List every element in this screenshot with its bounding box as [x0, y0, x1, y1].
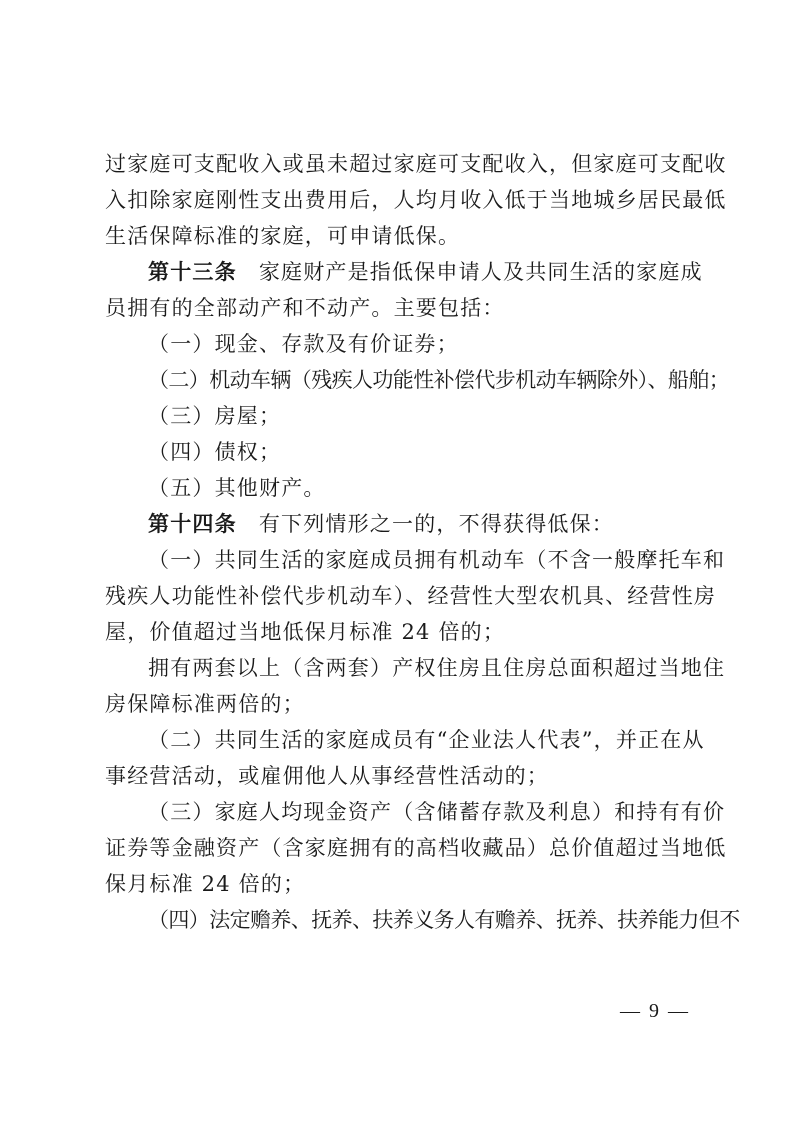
list-item: （二）机动车辆（残疾人功能性补偿代步机动车辆除外）、船舶； [105, 362, 693, 398]
list-item: （三）房屋； [105, 398, 693, 434]
list-item: （四）债权； [105, 434, 693, 470]
text-line: （一）共同生活的家庭成员拥有机动车（不含一般摩托车和 [105, 542, 693, 578]
text-line: 生活保障标准的家庭，可申请低保。 [105, 218, 693, 254]
article-13-first-line: 第十三条家庭财产是指低保申请人及共同生活的家庭成 [105, 254, 693, 290]
article-14-first-line: 第十四条有下列情形之一的，不得获得低保： [105, 506, 693, 542]
article-14-text: 有下列情形之一的，不得获得低保： [259, 512, 614, 536]
text-line: 拥有两套以上（含两套）产权住房且住房总面积超过当地住 [105, 650, 693, 686]
text-line: 事经营活动，或雇佣他人从事经营性活动的； [105, 758, 693, 794]
text-line: 过家庭可支配收入或虽未超过家庭可支配收入，但家庭可支配收 [105, 146, 693, 182]
text-line: 保月标准 24 倍的； [105, 866, 693, 902]
text-line: 入扣除家庭刚性支出费用后，人均月收入低于当地城乡居民最低 [105, 182, 693, 218]
text-line: 员拥有的全部动产和不动产。主要包括： [105, 290, 693, 326]
list-item: （五）其他财产。 [105, 470, 693, 506]
text-line: 残疾人功能性补偿代步机动车）、经营性大型农机具、经营性房 [105, 578, 693, 614]
text-line: （三）家庭人均现金资产（含储蓄存款及利息）和持有有价 [105, 794, 693, 830]
article-13-text: 家庭财产是指低保申请人及共同生活的家庭成 [259, 260, 703, 284]
text-line: 证券等金融资产（含家庭拥有的高档收藏品）总价值超过当地低 [105, 830, 693, 866]
text-line: （四）法定赡养、抚养、扶养义务人有赡养、抚养、扶养能力但不 [105, 902, 693, 938]
document-body: 过家庭可支配收入或虽未超过家庭可支配收入，但家庭可支配收 入扣除家庭刚性支出费用… [105, 146, 693, 938]
text-line: 屋，价值超过当地低保月标准 24 倍的； [105, 614, 693, 650]
text-line: 房保障标准两倍的； [105, 686, 693, 722]
page-number: — 9 — [620, 1000, 690, 1023]
article-14-heading: 第十四条 [148, 512, 237, 536]
text-line: （二）共同生活的家庭成员有“企业法人代表”，并正在从 [105, 722, 693, 758]
list-item: （一）现金、存款及有价证券； [105, 326, 693, 362]
article-13-heading: 第十三条 [148, 260, 237, 284]
